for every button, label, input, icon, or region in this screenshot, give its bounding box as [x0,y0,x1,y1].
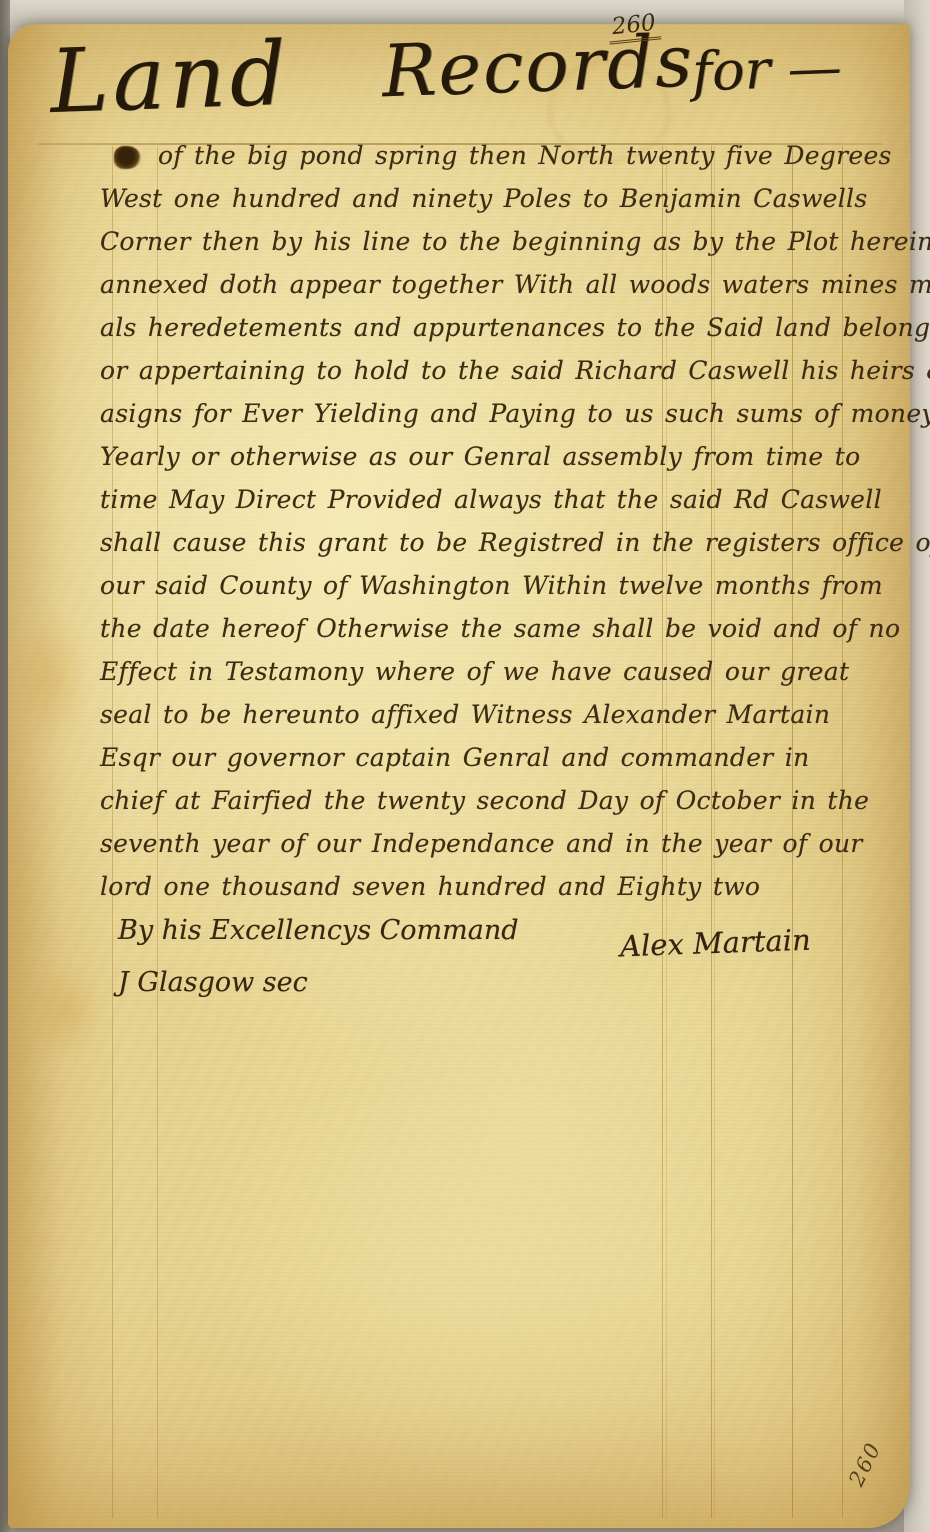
manuscript-line: Corner then by his line to the beginning… [100,220,912,263]
manuscript-line: annexed doth appear together With all wo… [100,263,912,306]
manuscript-line: seal to be hereunto affixed Witness Alex… [100,693,912,736]
manuscript-line: shall cause this grant to be Registred i… [100,521,912,564]
bottom-sheen-stain [148,1064,788,1484]
edge-stain [14,612,86,744]
manuscript-line: als heredetements and appurtenances to t… [100,306,912,349]
manuscript-line: chief at Fairfied the twenty second Day … [100,779,912,822]
secretary-signature: J Glasgow sec [118,960,519,1006]
manuscript-line: lord one thousand seven hundred and Eigh… [100,865,912,908]
manuscript-body: of the big pond spring then North twenty… [100,134,912,908]
page-number-top: 260 [607,9,662,44]
edge-stain [28,962,100,1058]
manuscript-line: the date hereof Otherwise the same shall… [100,607,912,650]
header-word-for: for — [691,35,843,103]
manuscript-line: our said County of Washington Within twe… [100,564,912,607]
manuscript-line: West one hundred and ninety Poles to Ben… [100,177,912,220]
governor-signature: Alex Martain [619,923,811,964]
closing-block: By his Excellencys Command J Glasgow sec [118,908,519,1006]
manuscript-line: asigns for Ever Yielding and Paying to u… [100,392,912,435]
manuscript-line: Effect in Testamony where of we have cau… [100,650,912,693]
manuscript-line: or appertaining to hold to the said Rich… [100,349,912,392]
scanned-record-book-page: Land Records for — 260 of the big pond s… [0,0,930,1532]
manuscript-line: Esqr our governor captain Genral and com… [100,736,912,779]
manuscript-line: time May Direct Provided always that the… [100,478,912,521]
header-word-land: Land [48,22,291,133]
manuscript-line: Yearly or otherwise as our Genral assemb… [100,435,912,478]
manuscript-line: seventh year of our Independance and in … [100,822,912,865]
manuscript-line: of the big pond spring then North twenty… [100,134,912,177]
closing-command-line: By his Excellencys Command [118,908,519,954]
